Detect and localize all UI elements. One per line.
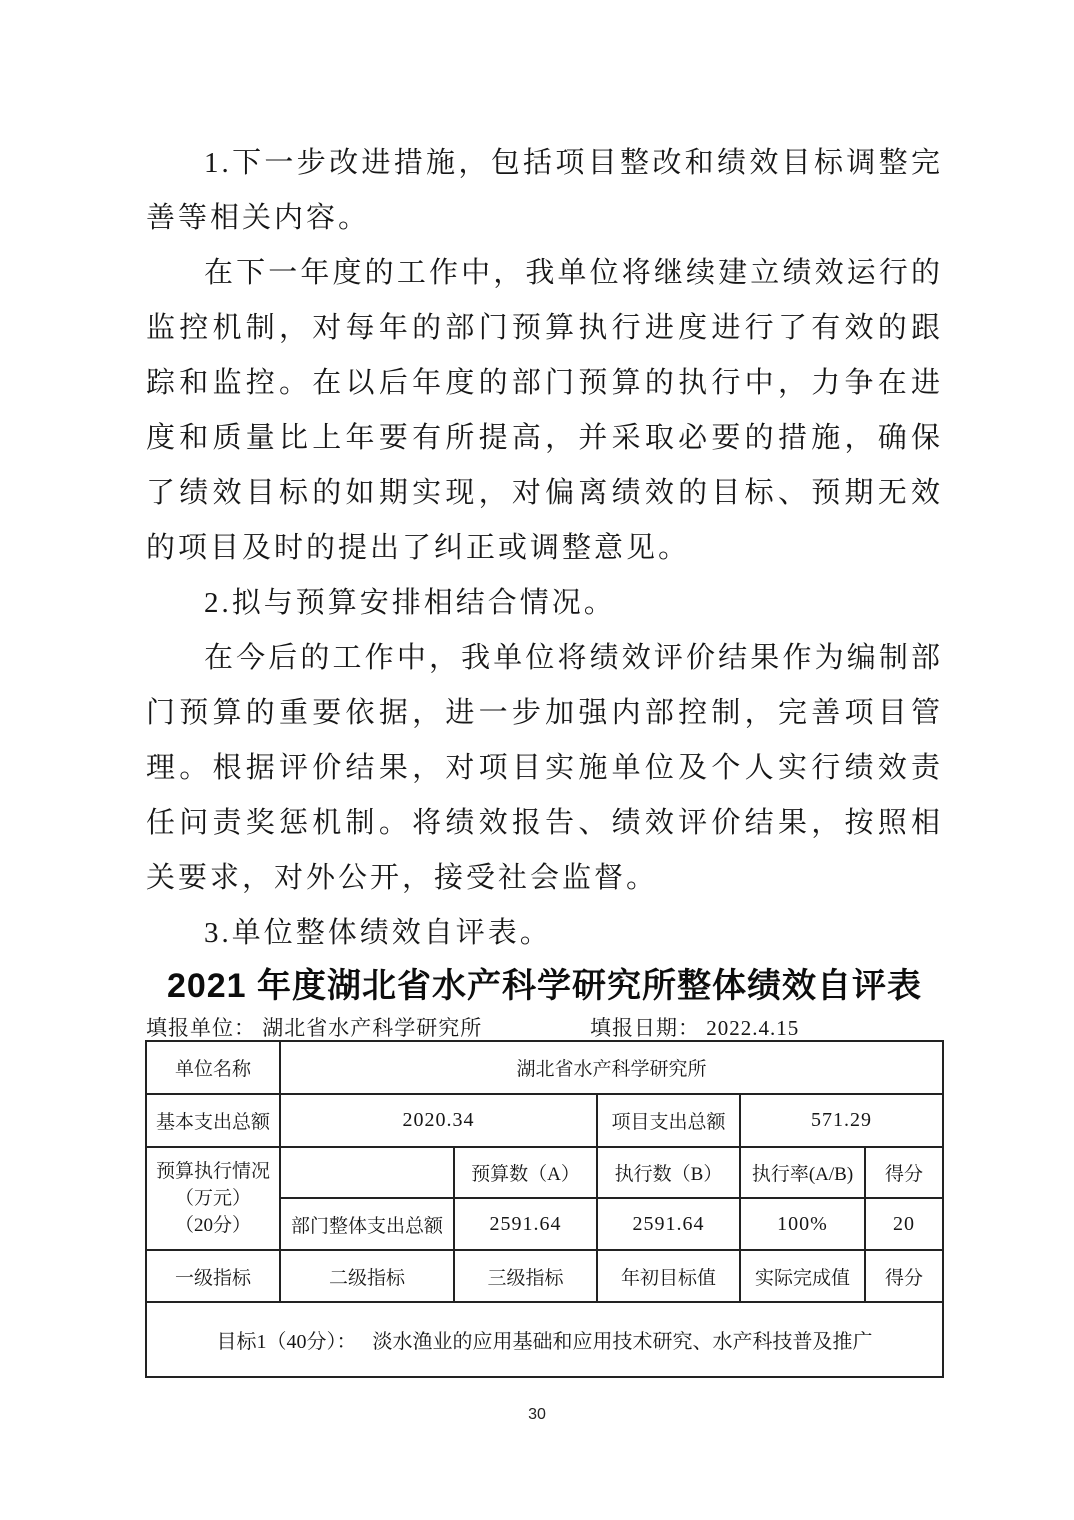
reporting-date-label: 填报日期： [590,1016,700,1040]
budget-execution-empty-cell [280,1147,454,1198]
reporting-date-value: 2022.4.15 [706,1016,799,1040]
paragraph-budget-combination-heading: 2.拟与预算安排相结合情况。 [146,576,943,631]
reporting-unit: 填报单位： 湖北省水产科学研究所 [146,1012,482,1042]
goal1-cell: 目标1（40分）：淡水渔业的应用基础和应用技术研究、水产科技普及推广 [146,1302,943,1377]
overall-expense-label-cell: 部门整体支出总额 [280,1198,454,1250]
actual-completion-header-cell: 实际完成值 [740,1250,865,1302]
table-row: 一级指标 二级指标 三级指标 年初目标值 实际完成值 得分 [146,1250,943,1302]
paragraph-improvement-measures: 1.下一步改进措施，包括项目整改和绩效目标调整完善等相关内容。 [146,136,943,246]
unit-name-label-cell: 单位名称 [146,1041,280,1094]
overall-expense-budget-cell: 2591.64 [454,1198,597,1250]
body-text-section: 1.下一步改进措施，包括项目整改和绩效目标调整完善等相关内容。 在下一年度的工作… [146,136,943,961]
execution-number-header-cell: 执行数（B） [597,1147,740,1198]
goal1-label: 目标1（40分）： [217,1331,357,1353]
project-expense-label-cell: 项目支出总额 [597,1094,740,1147]
table-row: 基本支出总额 2020.34 项目支出总额 571.29 [146,1094,943,1147]
overall-expense-score-cell: 20 [865,1198,943,1250]
initial-target-header-cell: 年初目标值 [597,1250,740,1302]
reporting-date: 填报日期： 2022.4.15 [590,1012,799,1042]
table-title: 2021 年度湖北省水产科学研究所整体绩效自评表 [146,958,943,1007]
indicator-level1-header-cell: 一级指标 [146,1250,280,1302]
budget-execution-label-cell: 预算执行情况 （万元） （20分） [146,1147,280,1250]
document-page: 1.下一步改进措施，包括项目整改和绩效目标调整完善等相关内容。 在下一年度的工作… [0,0,1074,1520]
overall-expense-rate-cell: 100% [740,1198,865,1250]
page-number: 30 [0,1406,1074,1424]
budget-number-header-cell: 预算数（A） [454,1147,597,1198]
indicator-score-header-cell: 得分 [865,1250,943,1302]
table-row: 目标1（40分）：淡水渔业的应用基础和应用技术研究、水产科技普及推广 [146,1302,943,1377]
self-evaluation-table: 单位名称 湖北省水产科学研究所 基本支出总额 2020.34 项目支出总额 57… [145,1040,944,1378]
paragraph-future-work: 在今后的工作中，我单位将绩效评价结果作为编制部门预算的重要依据，进一步加强内部控… [146,631,943,906]
overall-expense-exec-cell: 2591.64 [597,1198,740,1250]
table-row: 预算执行情况 （万元） （20分） 预算数（A） 执行数（B） 执行率(A/B)… [146,1147,943,1198]
paragraph-next-year-plan: 在下一年度的工作中，我单位将继续建立绩效运行的监控机制，对每年的部门预算执行进度… [146,246,943,576]
score-header-cell: 得分 [865,1147,943,1198]
goal1-value: 淡水渔业的应用基础和应用技术研究、水产科技普及推广 [373,1331,873,1353]
indicator-level2-header-cell: 二级指标 [280,1250,454,1302]
unit-name-value-cell: 湖北省水产科学研究所 [280,1041,943,1094]
basic-expense-label-cell: 基本支出总额 [146,1094,280,1147]
indicator-level3-header-cell: 三级指标 [454,1250,597,1302]
reporting-unit-value: 湖北省水产科学研究所 [262,1016,482,1040]
execution-rate-header-cell: 执行率(A/B) [740,1147,865,1198]
table-row: 单位名称 湖北省水产科学研究所 [146,1041,943,1094]
reporting-unit-label: 填报单位： [146,1016,256,1040]
basic-expense-value-cell: 2020.34 [280,1094,597,1147]
project-expense-value-cell: 571.29 [740,1094,943,1147]
meta-row: 填报单位： 湖北省水产科学研究所 填报日期： 2022.4.15 [146,1012,943,1040]
paragraph-self-eval-table-heading: 3.单位整体绩效自评表。 [146,906,943,961]
